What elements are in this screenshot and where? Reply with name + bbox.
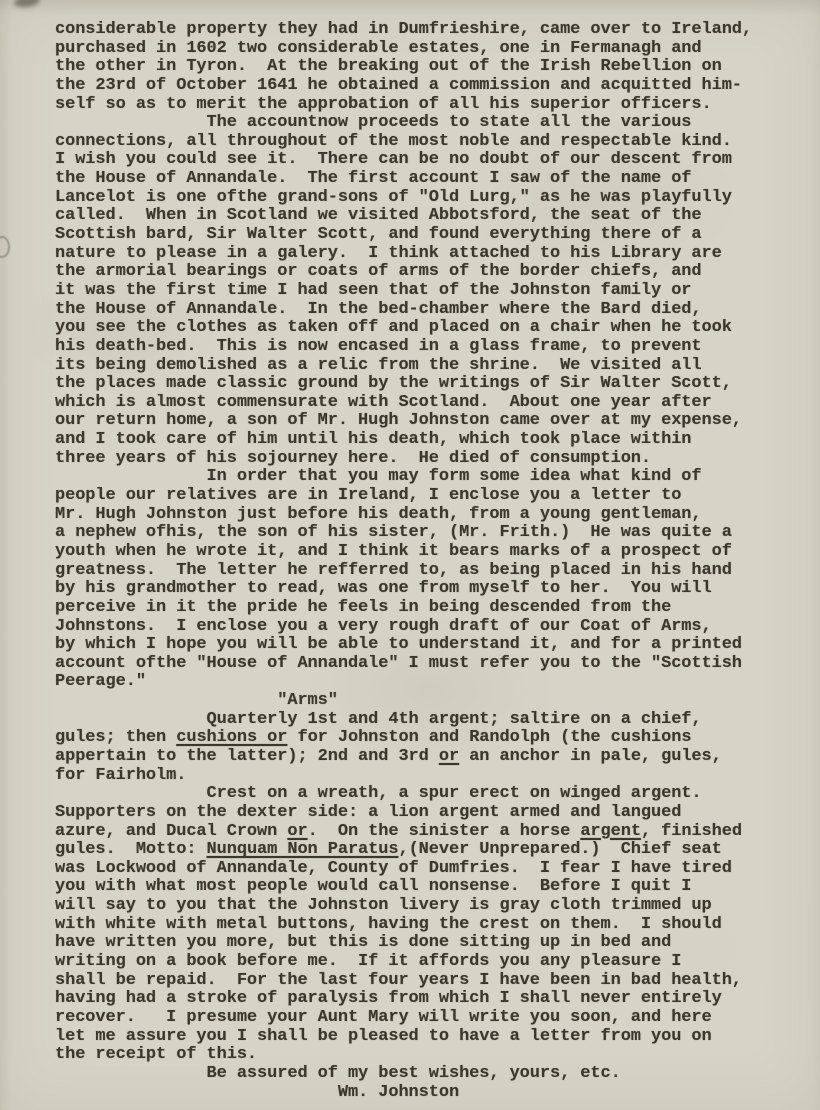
letter-body: considerable property they had in Dumfri… bbox=[55, 21, 752, 1102]
text-segment: youth when he wrote it, and I think it b… bbox=[55, 542, 732, 561]
letter-line: was Lockwood of Annandale, County of Dum… bbox=[55, 860, 752, 879]
text-segment: let me assure you I shall be pleased to … bbox=[55, 1027, 712, 1046]
text-segment: you with what most people would call non… bbox=[55, 877, 691, 896]
letter-line: having had a stroke of paralysis from wh… bbox=[55, 990, 752, 1009]
letter-line: shall be repaid. For the last four years… bbox=[55, 972, 752, 991]
letter-line: the other in Tyron. At the breaking out … bbox=[55, 58, 752, 77]
letter-line: Be assured of my best wishes, yours, etc… bbox=[55, 1065, 752, 1084]
letter-line: writing on a book before me. If it affor… bbox=[55, 953, 752, 972]
letter-line: have written you more, but this is done … bbox=[55, 934, 752, 953]
text-segment: the House of Annandale. In the bed-chamb… bbox=[55, 300, 702, 319]
text-segment: Be assured of my best wishes, yours, etc… bbox=[55, 1064, 621, 1083]
letter-line: a nephew ofhis, the son of his sister, (… bbox=[55, 524, 752, 543]
letter-line: Supporters on the dexter side: a lion ar… bbox=[55, 804, 752, 823]
letter-line: Johnstons. I enclose you a very rough dr… bbox=[55, 618, 752, 637]
text-segment: a nephew ofhis, the son of his sister, (… bbox=[55, 523, 732, 542]
letter-line: the House of Annandale. In the bed-chamb… bbox=[55, 301, 752, 320]
text-segment: the armorial bearings or coats of arms o… bbox=[55, 262, 702, 281]
letter-line: purchased in 1602 two considerable estat… bbox=[55, 40, 752, 59]
text-segment: self so as to merit the approbation of a… bbox=[55, 95, 712, 114]
text-segment: his death-bed. This is now encased in a … bbox=[55, 337, 702, 356]
letter-line: self so as to merit the approbation of a… bbox=[55, 96, 752, 115]
text-segment: called. When in Scotland we visited Abbo… bbox=[55, 206, 702, 225]
underlined-text: cushions or bbox=[176, 728, 287, 747]
text-segment: . On the sinister a horse bbox=[308, 822, 581, 841]
text-segment: greatness. The letter he refferred to, a… bbox=[55, 561, 732, 580]
letter-line: recover. I presume your Aunt Mary will w… bbox=[55, 1009, 752, 1028]
letter-line: I wish you could see it. There can be no… bbox=[55, 151, 752, 170]
text-segment: for Johnston and Randolph (the cushions bbox=[287, 728, 691, 747]
letter-line: gules; then cushions or for Johnston and… bbox=[55, 729, 752, 748]
text-segment: an anchor in pale, gules, bbox=[459, 747, 722, 766]
text-segment: by his grandmother to read, was one from… bbox=[55, 579, 712, 598]
text-segment: have written you more, but this is done … bbox=[55, 933, 671, 952]
text-segment: gules. Motto: bbox=[55, 840, 207, 859]
text-segment: Quarterly 1st and 4th argent; saltire on… bbox=[55, 710, 702, 729]
letter-line: three years of his sojourney here. He di… bbox=[55, 450, 752, 469]
text-segment: the 23rd of October 1641 he obtained a c… bbox=[55, 76, 742, 95]
text-segment: the House of Annandale. The first accoun… bbox=[55, 169, 691, 188]
text-segment: with white with metal buttons, having th… bbox=[55, 915, 722, 934]
text-segment: having had a stroke of paralysis from wh… bbox=[55, 989, 722, 1008]
text-segment: Johnstons. I enclose you a very rough dr… bbox=[55, 617, 712, 636]
letter-line: his death-bed. This is now encased in a … bbox=[55, 338, 752, 357]
text-segment: people our relatives are in Ireland, I e… bbox=[55, 486, 681, 505]
letter-line: by his grandmother to read, was one from… bbox=[55, 580, 752, 599]
text-segment: "Arms" bbox=[55, 691, 338, 710]
text-segment: shall be repaid. For the last four years… bbox=[55, 971, 742, 990]
text-segment: the other in Tyron. At the breaking out … bbox=[55, 57, 722, 76]
letter-line: you see the clothes as taken off and pla… bbox=[55, 319, 752, 338]
text-segment: writing on a book before me. If it affor… bbox=[55, 952, 681, 971]
text-segment: Lancelot is one ofthe grand-sons of "Old… bbox=[55, 188, 732, 207]
letter-line: it was the first time I had seen that of… bbox=[55, 282, 752, 301]
text-segment: and I took care of him until his death, … bbox=[55, 430, 691, 449]
letter-line: gules. Motto: Nunquam Non Paratus,(Never… bbox=[55, 841, 752, 860]
text-segment: which is almost commensurate with Scotla… bbox=[55, 393, 712, 412]
letter-line: considerable property they had in Dumfri… bbox=[55, 21, 752, 40]
letter-line: which is almost commensurate with Scotla… bbox=[55, 394, 752, 413]
letter-line: with white with metal buttons, having th… bbox=[55, 916, 752, 935]
text-segment: our return home, a son of Mr. Hugh Johns… bbox=[55, 411, 742, 430]
letter-line: nature to please in a galery. I think at… bbox=[55, 245, 752, 264]
text-segment: considerable property they had in Dumfri… bbox=[55, 20, 752, 39]
scan-edge-mark bbox=[0, 236, 10, 258]
text-segment: In order that you may form some idea wha… bbox=[55, 467, 702, 486]
underlined-text: or bbox=[287, 822, 307, 841]
underlined-text: Nunquam Non Paratus bbox=[207, 840, 399, 859]
text-segment: Wm. Johnston bbox=[55, 1083, 459, 1102]
underlined-text: or bbox=[439, 747, 459, 766]
text-segment: Crest on a wreath, a spur erect on winge… bbox=[55, 784, 702, 803]
letter-line: our return home, a son of Mr. Hugh Johns… bbox=[55, 412, 752, 431]
text-segment: , finished bbox=[641, 822, 742, 841]
scanned-letter-page: considerable property they had in Dumfri… bbox=[0, 0, 820, 1110]
text-segment: for Fairholm. bbox=[55, 766, 186, 785]
letter-line: the armorial bearings or coats of arms o… bbox=[55, 263, 752, 282]
letter-line: perceive in it the pride he feels in bei… bbox=[55, 599, 752, 618]
text-segment: will say to you that the Johnston livery… bbox=[55, 896, 712, 915]
text-segment: its being demolished as a relic from the… bbox=[55, 356, 702, 375]
text-segment: Scottish bard, Sir Walter Scott, and fou… bbox=[55, 225, 702, 244]
text-segment: you see the clothes as taken off and pla… bbox=[55, 318, 732, 337]
letter-line: let me assure you I shall be pleased to … bbox=[55, 1028, 752, 1047]
letter-line: The accountnow proceeds to state all the… bbox=[55, 114, 752, 133]
scan-smudge bbox=[13, 0, 40, 9]
text-segment: the places made classic ground by the wr… bbox=[55, 374, 732, 393]
letter-line: Crest on a wreath, a spur erect on winge… bbox=[55, 785, 752, 804]
letter-line: people our relatives are in Ireland, I e… bbox=[55, 487, 752, 506]
letter-line: "Arms" bbox=[55, 692, 752, 711]
letter-line: Quarterly 1st and 4th argent; saltire on… bbox=[55, 711, 752, 730]
letter-line: Peerage." bbox=[55, 673, 752, 692]
letter-line: will say to you that the Johnston livery… bbox=[55, 897, 752, 916]
letter-line: and I took care of him until his death, … bbox=[55, 431, 752, 450]
text-segment: Peerage." bbox=[55, 672, 146, 691]
letter-line: you with what most people would call non… bbox=[55, 878, 752, 897]
text-segment: the receipt of this. bbox=[55, 1045, 257, 1064]
text-segment: perceive in it the pride he feels in bei… bbox=[55, 598, 671, 617]
letter-line: In order that you may form some idea wha… bbox=[55, 468, 752, 487]
text-segment: connections, all throughout of the most … bbox=[55, 132, 732, 151]
text-segment: purchased in 1602 two considerable estat… bbox=[55, 39, 702, 58]
text-segment: The accountnow proceeds to state all the… bbox=[55, 113, 691, 132]
underlined-text: argent bbox=[580, 822, 641, 841]
text-segment: appertain to the latter); 2nd and 3rd bbox=[55, 747, 439, 766]
letter-line: called. When in Scotland we visited Abbo… bbox=[55, 207, 752, 226]
letter-line: Lancelot is one ofthe grand-sons of "Old… bbox=[55, 189, 752, 208]
text-segment: three years of his sojourney here. He di… bbox=[55, 449, 651, 468]
text-segment: Supporters on the dexter side: a lion ar… bbox=[55, 803, 681, 822]
letter-line: the House of Annandale. The first accoun… bbox=[55, 170, 752, 189]
text-segment: ,(Never Unprepared.) Chief seat bbox=[398, 840, 721, 859]
letter-line: by which I hope you will be able to unde… bbox=[55, 636, 752, 655]
letter-line: youth when he wrote it, and I think it b… bbox=[55, 543, 752, 562]
text-segment: account ofthe "House of Annandale" I mus… bbox=[55, 654, 742, 673]
letter-line: greatness. The letter he refferred to, a… bbox=[55, 562, 752, 581]
text-segment: it was the first time I had seen that of… bbox=[55, 281, 691, 300]
text-segment: nature to please in a galery. I think at… bbox=[55, 244, 722, 263]
text-segment: I wish you could see it. There can be no… bbox=[55, 150, 732, 169]
text-segment: gules; then bbox=[55, 728, 176, 747]
letter-line: Scottish bard, Sir Walter Scott, and fou… bbox=[55, 226, 752, 245]
letter-line: azure, and Ducal Crown or. On the sinist… bbox=[55, 823, 752, 842]
letter-line: the receipt of this. bbox=[55, 1046, 752, 1065]
text-segment: azure, and Ducal Crown bbox=[55, 822, 287, 841]
letter-line: its being demolished as a relic from the… bbox=[55, 357, 752, 376]
letter-line: account ofthe "House of Annandale" I mus… bbox=[55, 655, 752, 674]
letter-line: the 23rd of October 1641 he obtained a c… bbox=[55, 77, 752, 96]
text-segment: by which I hope you will be able to unde… bbox=[55, 635, 742, 654]
letter-line: connections, all throughout of the most … bbox=[55, 133, 752, 152]
letter-line: Mr. Hugh Johnston just before his death,… bbox=[55, 506, 752, 525]
text-segment: Mr. Hugh Johnston just before his death,… bbox=[55, 505, 702, 524]
text-segment: was Lockwood of Annandale, County of Dum… bbox=[55, 859, 732, 878]
letter-line: Wm. Johnston bbox=[55, 1084, 752, 1103]
text-segment: recover. I presume your Aunt Mary will w… bbox=[55, 1008, 712, 1027]
letter-line: the places made classic ground by the wr… bbox=[55, 375, 752, 394]
letter-line: for Fairholm. bbox=[55, 767, 752, 786]
letter-line: appertain to the latter); 2nd and 3rd or… bbox=[55, 748, 752, 767]
